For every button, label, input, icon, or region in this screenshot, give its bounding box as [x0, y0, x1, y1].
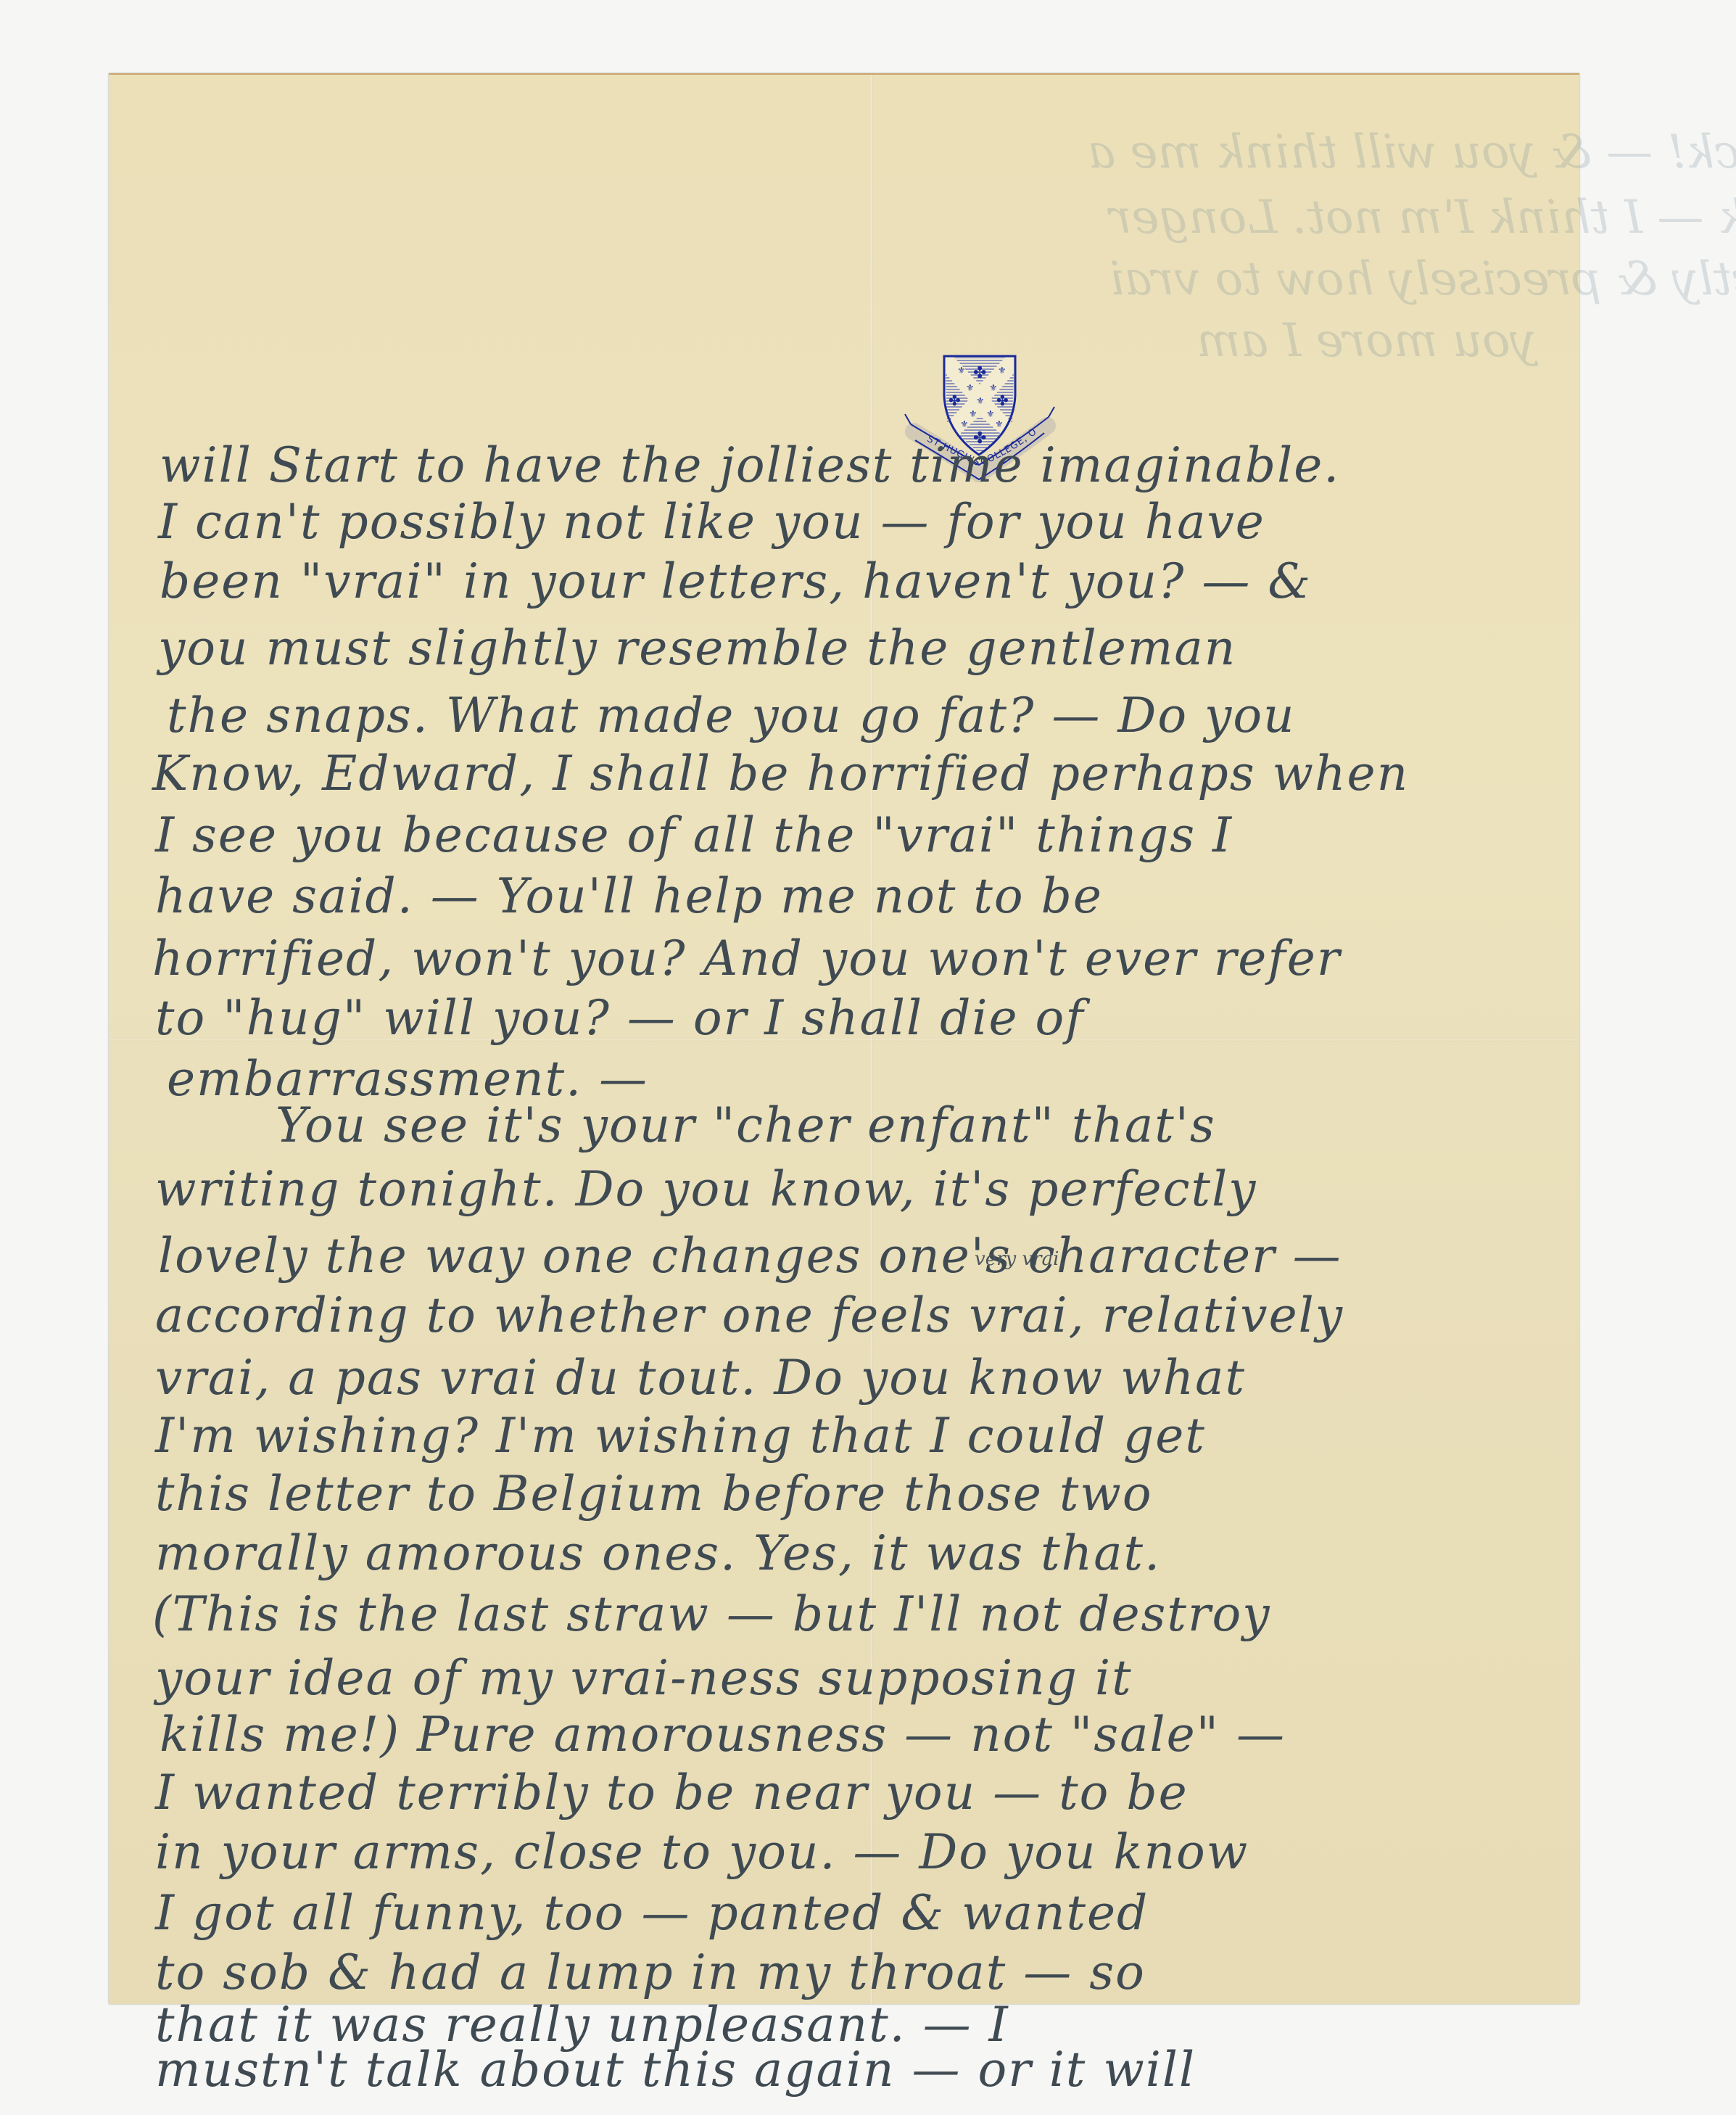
letter-line: Know, Edward, I shall be horrified perha…: [152, 746, 1409, 801]
svg-text:⚜: ⚜: [986, 409, 995, 420]
letter-line: to sob & had a lump in my throat — so: [155, 1945, 1146, 2000]
letter-line: vrai, a pas vrai du tout. Do you know wh…: [155, 1350, 1246, 1406]
letter-line: to "hug" will you? — or I shall die of: [155, 990, 1085, 1046]
svg-text:✤: ✤: [996, 392, 1009, 409]
letter-line: you must slightly resemble the gentleman: [158, 620, 1236, 676]
letter-line: mustn't talk about this again — or it wi…: [155, 2042, 1196, 2098]
letter-line: will Start to have the jolliest time ima…: [160, 437, 1340, 493]
svg-text:✤: ✤: [948, 392, 961, 409]
bleed-through-line: Once back! — & you will think me a: [1088, 125, 1736, 179]
letter-line: I'm wishing? I'm wishing that I could ge…: [155, 1408, 1206, 1464]
letter-line: your idea of my vrai-ness supposing it: [155, 1650, 1133, 1706]
svg-text:⚜: ⚜: [976, 396, 985, 407]
svg-text:✤: ✤: [973, 364, 986, 382]
svg-text:⚜: ⚜: [969, 409, 977, 420]
letter-line: in your arms, close to you. — Do you kno…: [155, 1824, 1249, 1880]
svg-text:⚜: ⚜: [966, 383, 975, 394]
letter-line: according to whether one feels vrai, rel…: [155, 1287, 1344, 1343]
svg-text:⚜: ⚜: [989, 383, 998, 394]
letter-line: the snaps. What made you go fat? — Do yo…: [167, 688, 1296, 743]
bleed-through-line: you more I am: [1196, 314, 1537, 368]
letter-line: lovely the way one changes one's charact…: [158, 1228, 1342, 1284]
letter-line: I see you because of all the "vrai" thin…: [155, 807, 1233, 863]
svg-text:⚜: ⚜: [957, 366, 966, 376]
letter-line: I can't possibly not like you — for you …: [158, 494, 1265, 550]
bleed-through-line: continuous cheek — I think I'm not. Long…: [1109, 191, 1736, 244]
svg-text:⚜: ⚜: [995, 419, 1004, 430]
letter-line: writing tonight. Do you know, it's perfe…: [155, 1161, 1257, 1217]
letter-line: have said. — You'll help me not to be: [155, 868, 1103, 924]
svg-text:⚜: ⚜: [998, 366, 1007, 376]
letter-paper: Once back! — & you will think me a conti…: [109, 73, 1579, 2004]
letter-line: (This is the last straw — but I'll not d…: [152, 1586, 1271, 1642]
letter-line: I got all funny, too — panted & wanted: [155, 1885, 1149, 1941]
letter-line: morally amorous ones. Yes, it was that.: [155, 1525, 1161, 1581]
letter-line: horrified, won't you? And you won't ever…: [152, 931, 1341, 986]
letter-line: been "vrai" in your letters, haven't you…: [160, 553, 1312, 609]
interlinear-note: very vrai,: [975, 1248, 1065, 1270]
bleed-through-line: have it perfectly & precisely how to vra…: [1109, 252, 1736, 306]
letter-line: I wanted terribly to be near you — to be: [155, 1765, 1189, 1821]
letter-line: kills me!) Pure amorousness — not "sale"…: [160, 1707, 1286, 1762]
svg-text:⚜: ⚜: [960, 419, 969, 430]
letter-line: this letter to Belgium before those two: [155, 1466, 1153, 1522]
letter-line: You see it's your "cher enfant" that's: [276, 1097, 1216, 1153]
